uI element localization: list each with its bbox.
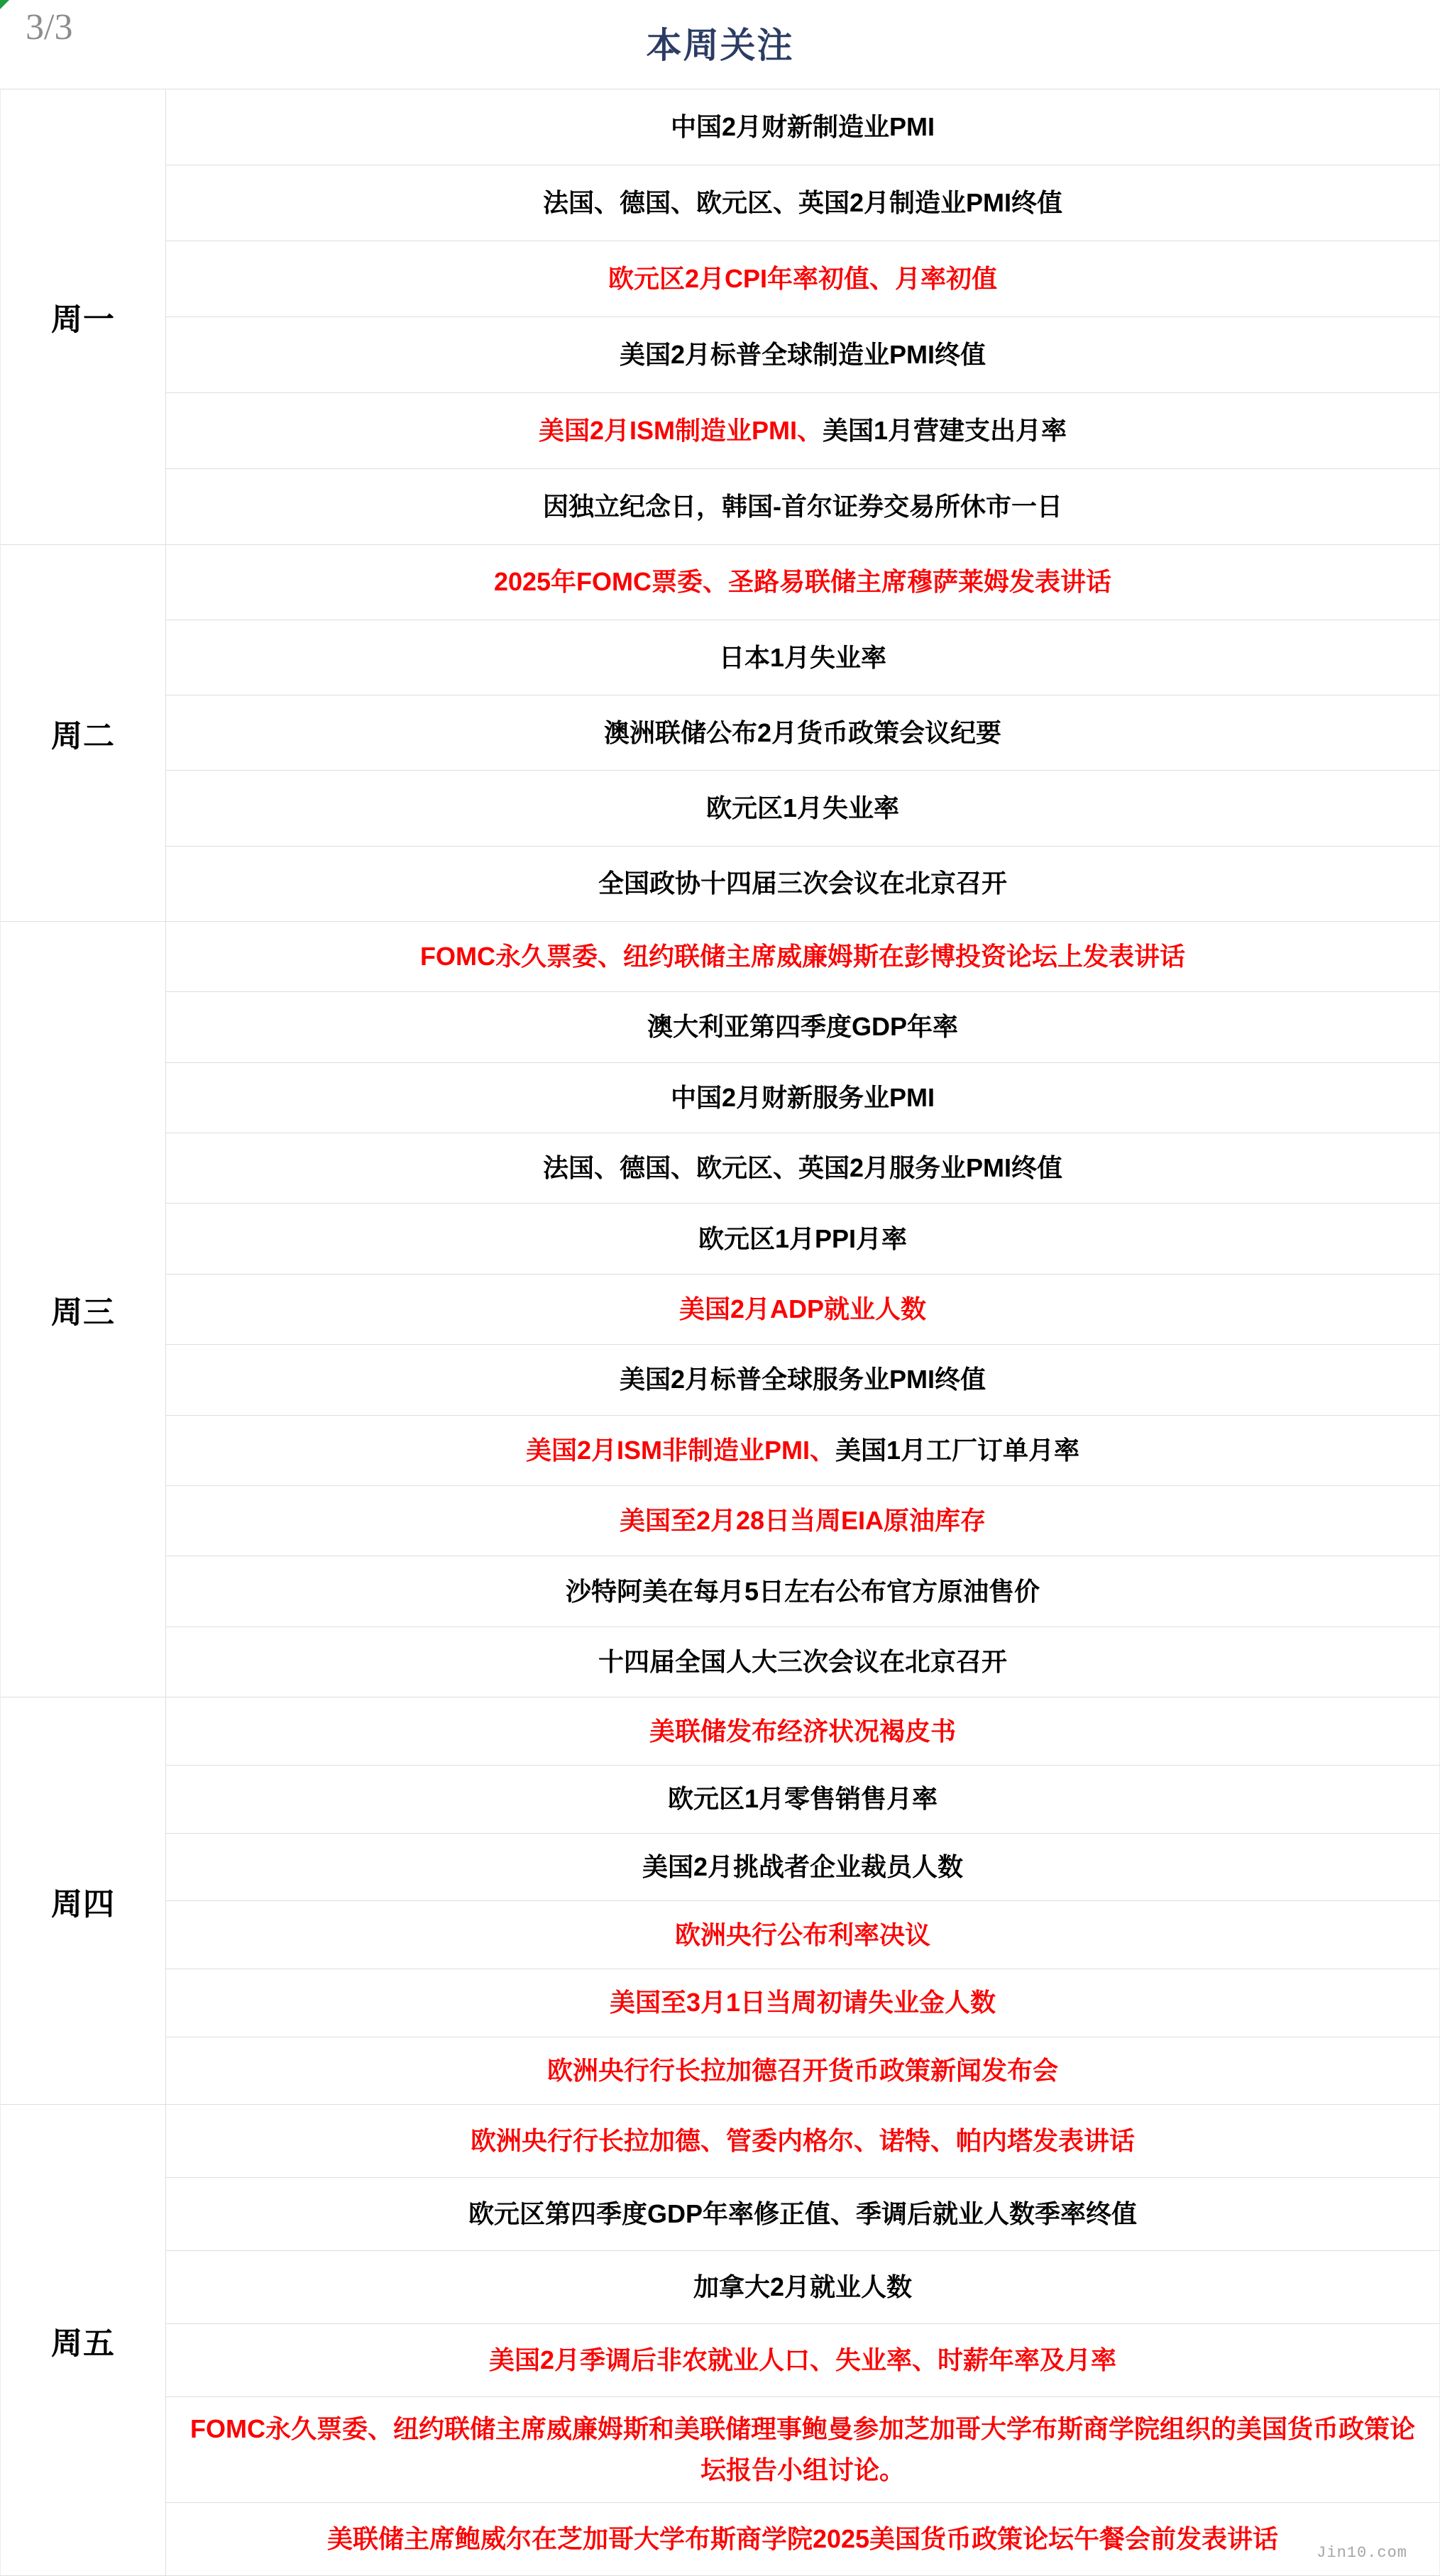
event-text-segment: 美联储主席鲍威尔在芝加哥大学布斯商学院2025美国货币政策论坛午餐会前发表讲话 [327, 2524, 1278, 2553]
event-text: 中国2月财新制造业PMI [671, 106, 935, 148]
event-row: 十四届全国人大三次会议在北京召开 [166, 1626, 1439, 1697]
event-text-segment: 美国至3月1日当周初请失业金人数 [610, 1988, 996, 2017]
event-text: 欧元区1月PPI月率 [698, 1218, 907, 1260]
event-row: 美联储发布经济状况褐皮书 [166, 1697, 1439, 1765]
event-text-segment: 日本1月失业率 [719, 643, 886, 672]
event-text: 澳大利亚第四季度GDP年率 [647, 1006, 958, 1047]
corner-flag-icon [0, 0, 9, 9]
event-row: 欧元区1月PPI月率 [166, 1203, 1439, 1273]
event-text-segment: 美国2月ADP就业人数 [679, 1294, 926, 1323]
event-row: 美国2月标普全球服务业PMI终值 [166, 1344, 1439, 1414]
event-row: 美国2月标普全球制造业PMI终值 [166, 317, 1439, 392]
event-row: 全国政协十四届三次会议在北京召开 [166, 846, 1439, 921]
event-row: 欧元区2月CPI年率初值、月率初值 [166, 241, 1439, 317]
event-text: 全国政协十四届三次会议在北京召开 [598, 863, 1007, 904]
event-text: FOMC永久票委、纽约联储主席威廉姆斯在彭博投资论坛上发表讲话 [420, 936, 1185, 977]
event-row: 欧元区第四季度GDP年率修正值、季调后就业人数季率终值 [166, 2177, 1439, 2250]
weekly-focus-page: 3/3 本周关注 周一中国2月财新制造业PMI法国、德国、欧元区、英国2月制造业… [0, 0, 1440, 2576]
event-text: 美联储发布经济状况褐皮书 [649, 1711, 956, 1752]
event-text-segment: 美国1月营建支出月率 [823, 416, 1067, 445]
day-label: 周三 [51, 1287, 115, 1332]
day-cell: 周五 [1, 2105, 166, 2575]
event-text: 法国、德国、欧元区、英国2月制造业PMI终值 [543, 182, 1062, 224]
event-row: 美国2月挑战者企业裁员人数 [166, 1833, 1439, 1901]
event-text: 美联储主席鲍威尔在芝加哥大学布斯商学院2025美国货币政策论坛午餐会前发表讲话 [327, 2519, 1278, 2560]
event-text-segment: 美国2月标普全球制造业PMI终值 [620, 340, 986, 369]
event-text: 欧元区2月CPI年率初值、月率初值 [608, 258, 997, 299]
event-row: 美国至3月1日当周初请失业金人数 [166, 1969, 1439, 2037]
page-header: 3/3 本周关注 [0, 0, 1440, 89]
day-label: 周二 [51, 710, 115, 756]
calendar-table: 周一中国2月财新制造业PMI法国、德国、欧元区、英国2月制造业PMI终值欧元区2… [0, 89, 1440, 2576]
event-text-segment: 美国至2月28日当周EIA原油库存 [620, 1506, 986, 1535]
event-text-segment: 美国2月挑战者企业裁员人数 [642, 1852, 963, 1881]
event-rows: FOMC永久票委、纽约联储主席威廉姆斯在彭博投资论坛上发表讲话澳大利亚第四季度G… [166, 922, 1439, 1697]
event-text-segment: 2025年FOMC票委、圣路易联储主席穆萨莱姆发表讲话 [494, 567, 1111, 596]
event-row: 2025年FOMC票委、圣路易联储主席穆萨莱姆发表讲话 [166, 545, 1439, 620]
day-cell: 周三 [1, 922, 166, 1697]
page-title: 本周关注 [647, 17, 794, 68]
event-text: 加拿大2月就业人数 [693, 2267, 912, 2308]
event-text: 法国、德国、欧元区、英国2月服务业PMI终值 [543, 1147, 1062, 1189]
event-text-segment: 美国1月工厂订单月率 [835, 1436, 1079, 1465]
event-text-segment: 欧元区1月PPI月率 [698, 1224, 907, 1253]
event-row: 澳洲联储公布2月货币政策会议纪要 [166, 695, 1439, 770]
event-text: 美国至3月1日当周初请失业金人数 [610, 1982, 996, 2023]
event-row: 美国2月ISM非制造业PMI、美国1月工厂订单月率 [166, 1415, 1439, 1485]
event-text: 十四届全国人大三次会议在北京召开 [598, 1641, 1007, 1683]
event-row: 美联储主席鲍威尔在芝加哥大学布斯商学院2025美国货币政策论坛午餐会前发表讲话 [166, 2502, 1439, 2575]
event-text-segment: 美国2月标普全球服务业PMI终值 [620, 1365, 986, 1394]
event-text-segment: 美国2月ISM制造业PMI、 [539, 416, 823, 445]
event-text-segment: 美国2月ISM非制造业PMI、 [526, 1436, 835, 1465]
event-text: 欧洲央行公布利率决议 [675, 1915, 930, 1956]
event-row: 美国2月ISM制造业PMI、美国1月营建支出月率 [166, 392, 1439, 468]
event-rows: 美联储发布经济状况褐皮书欧元区1月零售销售月率美国2月挑战者企业裁员人数欧洲央行… [166, 1697, 1439, 2104]
event-text-segment: 欧元区2月CPI年率初值、月率初值 [608, 264, 997, 293]
event-text-segment: 因独立纪念日，韩国-首尔证券交易所休市一日 [543, 492, 1062, 521]
day-section-5: 周五欧洲央行行长拉加德、管委内格尔、诺特、帕内塔发表讲话欧元区第四季度GDP年率… [1, 2104, 1439, 2575]
event-row: 因独立纪念日，韩国-首尔证券交易所休市一日 [166, 468, 1439, 544]
event-text-segment: 十四届全国人大三次会议在北京召开 [598, 1647, 1007, 1676]
event-text-segment: 欧元区1月零售销售月率 [668, 1784, 938, 1813]
event-text-segment: 法国、德国、欧元区、英国2月制造业PMI终值 [543, 188, 1062, 217]
day-label: 周五 [51, 2318, 115, 2363]
event-row: 欧洲央行公布利率决议 [166, 1900, 1439, 1969]
day-section-3: 周三FOMC永久票委、纽约联储主席威廉姆斯在彭博投资论坛上发表讲话澳大利亚第四季… [1, 921, 1439, 1697]
event-row: FOMC永久票委、纽约联储主席威廉姆斯在彭博投资论坛上发表讲话 [166, 922, 1439, 991]
event-text: 欧元区1月零售销售月率 [668, 1778, 938, 1820]
event-text-segment: 法国、德国、欧元区、英国2月服务业PMI终值 [543, 1153, 1062, 1182]
day-label: 周四 [51, 1878, 115, 1924]
event-text-segment: 沙特阿美在每月5日左右公布官方原油售价 [566, 1577, 1040, 1606]
event-text: 美国2月挑战者企业裁员人数 [642, 1846, 963, 1888]
event-row: 法国、德国、欧元区、英国2月服务业PMI终值 [166, 1133, 1439, 1203]
event-text: 日本1月失业率 [719, 637, 886, 678]
event-row: 欧洲央行行长拉加德召开货币政策新闻发布会 [166, 2037, 1439, 2105]
event-text: 美国2月标普全球制造业PMI终值 [620, 334, 986, 375]
event-rows: 中国2月财新制造业PMI法国、德国、欧元区、英国2月制造业PMI终值欧元区2月C… [166, 89, 1439, 544]
day-cell: 周一 [1, 89, 166, 544]
day-section-4: 周四美联储发布经济状况褐皮书欧元区1月零售销售月率美国2月挑战者企业裁员人数欧洲… [1, 1697, 1439, 2104]
event-row: 法国、德国、欧元区、英国2月制造业PMI终值 [166, 165, 1439, 241]
event-text-segment: 欧洲央行行长拉加德、管委内格尔、诺特、帕内塔发表讲话 [471, 2126, 1135, 2155]
watermark: Jin10.com [1317, 2544, 1407, 2562]
event-row: 欧洲央行行长拉加德、管委内格尔、诺特、帕内塔发表讲话 [166, 2105, 1439, 2177]
event-text: FOMC永久票委、纽约联储主席威廉姆斯和美联储理事鲍曼参加芝加哥大学布斯商学院组… [180, 2409, 1425, 2491]
event-text: 沙特阿美在每月5日左右公布官方原油售价 [566, 1571, 1040, 1612]
event-text: 美国2月季调后非农就业人口、失业率、时薪年率及月率 [489, 2340, 1116, 2381]
event-row: 美国2月季调后非农就业人口、失业率、时薪年率及月率 [166, 2323, 1439, 2396]
event-text: 因独立纪念日，韩国-首尔证券交易所休市一日 [543, 486, 1062, 527]
event-row: 中国2月财新制造业PMI [166, 89, 1439, 165]
day-label: 周一 [51, 294, 115, 339]
event-row: 澳大利亚第四季度GDP年率 [166, 991, 1439, 1062]
event-text: 2025年FOMC票委、圣路易联储主席穆萨莱姆发表讲话 [494, 561, 1111, 602]
event-text-segment: 加拿大2月就业人数 [693, 2272, 912, 2301]
day-section-1: 周一中国2月财新制造业PMI法国、德国、欧元区、英国2月制造业PMI终值欧元区2… [1, 89, 1439, 544]
event-text-segment: 欧洲央行公布利率决议 [675, 1920, 930, 1949]
event-text-segment: FOMC永久票委、纽约联储主席威廉姆斯在彭博投资论坛上发表讲话 [420, 942, 1185, 971]
event-text-segment: 美联储发布经济状况褐皮书 [649, 1717, 956, 1746]
event-text: 澳洲联储公布2月货币政策会议纪要 [604, 712, 1001, 754]
event-text-segment: 欧洲央行行长拉加德召开货币政策新闻发布会 [547, 2056, 1058, 2085]
event-text-segment: 中国2月财新制造业PMI [671, 112, 935, 141]
event-text: 中国2月财新服务业PMI [671, 1077, 935, 1118]
event-rows: 2025年FOMC票委、圣路易联储主席穆萨莱姆发表讲话日本1月失业率澳洲联储公布… [166, 545, 1439, 921]
event-rows: 欧洲央行行长拉加德、管委内格尔、诺特、帕内塔发表讲话欧元区第四季度GDP年率修正… [166, 2105, 1439, 2575]
event-text-segment: 欧元区第四季度GDP年率修正值、季调后就业人数季率终值 [468, 2199, 1137, 2228]
event-text-segment: 欧元区1月失业率 [706, 793, 899, 822]
event-text-segment: FOMC永久票委、纽约联储主席威廉姆斯和美联储理事鲍曼参加芝加哥大学布斯商学院组… [190, 2414, 1415, 2484]
event-text: 欧元区第四季度GDP年率修正值、季调后就业人数季率终值 [468, 2194, 1137, 2235]
event-text-segment: 全国政协十四届三次会议在北京召开 [598, 869, 1007, 898]
event-text-segment: 澳洲联储公布2月货币政策会议纪要 [604, 718, 1001, 747]
event-text: 美国至2月28日当周EIA原油库存 [620, 1500, 986, 1541]
day-cell: 周二 [1, 545, 166, 921]
event-row: 欧元区1月零售销售月率 [166, 1765, 1439, 1833]
event-row: 美国至2月28日当周EIA原油库存 [166, 1485, 1439, 1556]
page-indicator: 3/3 [26, 7, 72, 48]
event-row: 欧元区1月失业率 [166, 770, 1439, 845]
event-text-segment: 美国2月季调后非农就业人口、失业率、时薪年率及月率 [489, 2345, 1116, 2374]
event-text: 美国2月ADP就业人数 [679, 1289, 926, 1330]
event-row: 中国2月财新服务业PMI [166, 1062, 1439, 1133]
event-row: 日本1月失业率 [166, 620, 1439, 695]
event-text-segment: 澳大利亚第四季度GDP年率 [647, 1012, 958, 1041]
event-text: 美国2月ISM非制造业PMI、美国1月工厂订单月率 [526, 1430, 1079, 1471]
event-text: 欧洲央行行长拉加德召开货币政策新闻发布会 [547, 2050, 1058, 2091]
event-text: 欧元区1月失业率 [706, 788, 899, 829]
event-row: 沙特阿美在每月5日左右公布官方原油售价 [166, 1556, 1439, 1626]
day-cell: 周四 [1, 1697, 166, 2104]
event-text: 欧洲央行行长拉加德、管委内格尔、诺特、帕内塔发表讲话 [471, 2120, 1135, 2162]
event-text: 美国2月ISM制造业PMI、美国1月营建支出月率 [539, 410, 1067, 451]
event-row: 加拿大2月就业人数 [166, 2250, 1439, 2323]
event-text: 美国2月标普全球服务业PMI终值 [620, 1359, 986, 1400]
day-section-2: 周二2025年FOMC票委、圣路易联储主席穆萨莱姆发表讲话日本1月失业率澳洲联储… [1, 544, 1439, 921]
event-text-segment: 中国2月财新服务业PMI [671, 1083, 935, 1112]
event-row: FOMC永久票委、纽约联储主席威廉姆斯和美联储理事鲍曼参加芝加哥大学布斯商学院组… [166, 2396, 1439, 2502]
event-row: 美国2月ADP就业人数 [166, 1274, 1439, 1344]
